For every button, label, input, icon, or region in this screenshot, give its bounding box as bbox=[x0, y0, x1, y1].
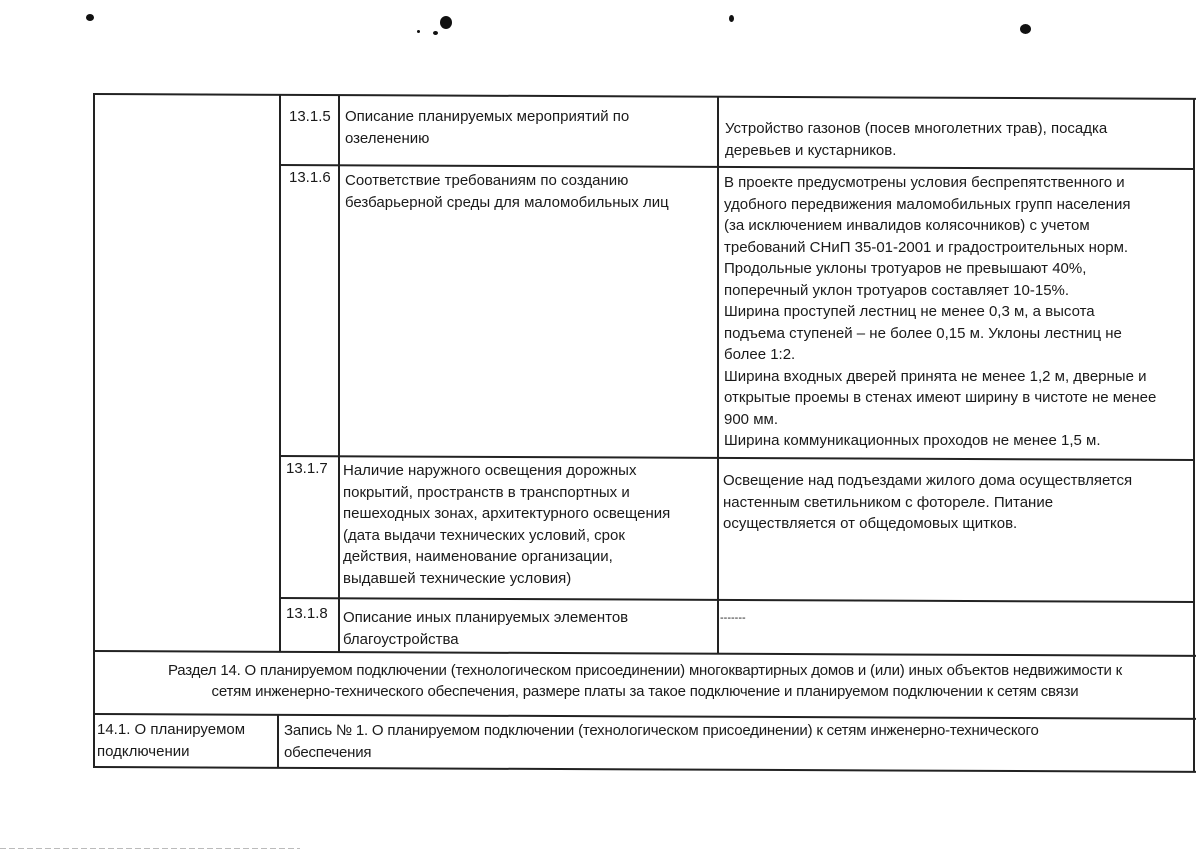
row-divider bbox=[279, 597, 1195, 602]
table-border-left bbox=[93, 93, 95, 767]
row-number: 13.1.6 bbox=[289, 167, 331, 189]
row-label: 14.1. О планируемом подключении bbox=[97, 719, 275, 762]
scan-speck bbox=[86, 14, 94, 21]
scan-speck bbox=[729, 15, 734, 22]
scan-speck bbox=[1020, 24, 1031, 34]
row-divider bbox=[279, 164, 1195, 169]
row-label: Соответствие требованиям по созданию без… bbox=[345, 170, 715, 213]
col-divider bbox=[717, 96, 719, 653]
col-divider bbox=[279, 95, 281, 652]
row-number: 13.1.8 bbox=[286, 603, 328, 625]
scan-speck bbox=[440, 16, 452, 29]
col-divider bbox=[338, 95, 340, 652]
row-label: Описание иных планируемых элементов благ… bbox=[343, 607, 715, 650]
row-number: 13.1.7 bbox=[286, 458, 328, 480]
row-divider bbox=[93, 650, 1196, 656]
row-value: Запись № 1. О планируемом подключении (т… bbox=[284, 720, 1189, 763]
row-value: ------- bbox=[720, 608, 1190, 630]
row-label: Описание планируемых мероприятий по озел… bbox=[345, 106, 715, 149]
col-divider bbox=[277, 714, 279, 767]
row-value: В проекте предусмотрены условия беспрепя… bbox=[724, 172, 1194, 452]
scan-edge bbox=[0, 848, 300, 849]
scan-speck bbox=[417, 30, 420, 33]
row-label: Наличие наружного освещения дорожных пок… bbox=[343, 460, 715, 589]
row-value: Освещение над подъездами жилого дома осу… bbox=[723, 470, 1193, 535]
row-number: 13.1.5 bbox=[289, 106, 331, 128]
scan-speck bbox=[433, 31, 438, 35]
row-value: Устройство газонов (посев многолетних тр… bbox=[725, 118, 1190, 161]
table-border-top bbox=[93, 93, 1196, 99]
section-14-title: Раздел 14. О планируемом подключении (те… bbox=[98, 660, 1192, 702]
table-border-bottom bbox=[93, 766, 1196, 772]
